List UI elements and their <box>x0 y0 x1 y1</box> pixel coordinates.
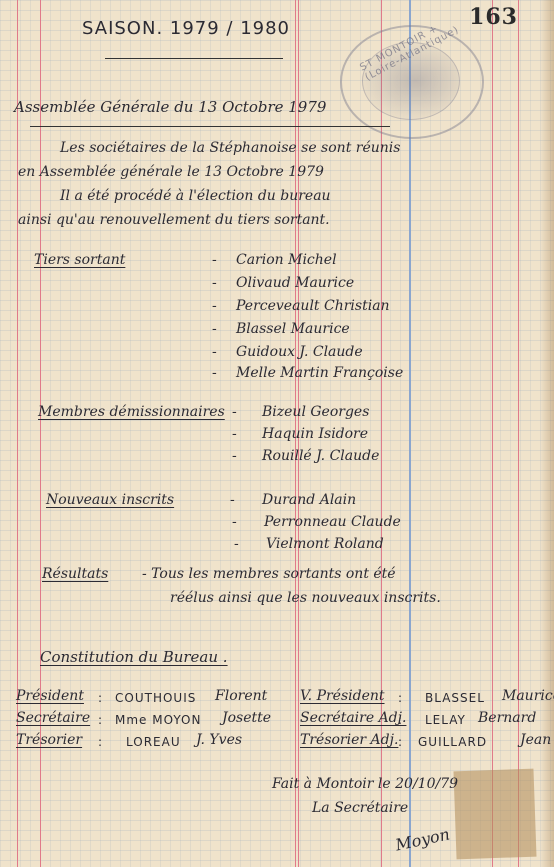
section-label-nouveaux-inscrits: Nouveaux inscrits <box>46 492 174 508</box>
bureau-title: Constitution du Bureau . <box>40 648 228 666</box>
club-stamp: ST MONTOIR + (Loire-Atlantique) <box>340 25 484 139</box>
list-item: Durand Alain <box>262 492 356 508</box>
column-line <box>518 0 519 867</box>
list-dash: - <box>232 426 237 442</box>
colon: : <box>398 691 403 705</box>
list-item: Bizeul Georges <box>262 404 369 420</box>
intro-line: ainsi qu'au renouvellement du tiers sort… <box>18 212 330 228</box>
intro-line: en Assemblée générale le 13 Octobre 1979 <box>18 164 324 180</box>
season-underline <box>105 58 283 59</box>
signatory-title: La Secrétaire <box>312 800 408 816</box>
ledger-page: 163 SAISON. 1979 / 1980 ST MONTOIR + (Lo… <box>0 0 554 867</box>
list-dash: - <box>232 404 237 420</box>
list-dash: - <box>234 536 239 552</box>
member-surname: GUILLARD <box>418 735 487 749</box>
list-dash: - <box>212 275 217 291</box>
colon: : <box>398 713 403 727</box>
list-dash: - <box>232 448 237 464</box>
results-line: réélus ainsi que les nouveaux inscrits. <box>170 590 441 606</box>
section-label-demissionnaires: Membres démissionnaires <box>38 404 225 420</box>
list-item: Guidoux J. Claude <box>236 344 363 360</box>
role-label: V. Président <box>300 688 385 704</box>
list-item: Rouillé J. Claude <box>262 448 379 464</box>
list-dash: - <box>232 514 237 530</box>
list-dash: - <box>230 492 235 508</box>
role-label: Président <box>16 688 84 704</box>
member-firstname: Bernard <box>478 710 536 726</box>
list-item: Haquin Isidore <box>262 426 368 442</box>
results-line: - Tous les membres sortants ont été <box>142 566 396 582</box>
list-item: Carion Michel <box>236 252 337 268</box>
list-dash: - <box>212 252 217 268</box>
heading-underline <box>30 126 390 127</box>
list-item: Olivaud Maurice <box>236 275 354 291</box>
tape-patch <box>453 769 536 860</box>
member-surname: LOREAU <box>126 735 181 749</box>
colon: : <box>98 713 103 727</box>
member-firstname: J. Yves <box>196 732 242 748</box>
list-item: Blassel Maurice <box>236 321 350 337</box>
member-firstname: Josette <box>222 710 271 726</box>
signature: Moyon <box>394 824 452 854</box>
list-item: Melle Martin Françoise <box>236 365 403 381</box>
intro-line: Il a été procédé à l'élection du bureau <box>60 188 331 204</box>
section-label-resultats: Résultats <box>42 566 108 582</box>
list-dash: - <box>212 344 217 360</box>
list-dash: - <box>212 298 217 314</box>
role-label: Secrétaire <box>16 710 90 726</box>
season-title: SAISON. 1979 / 1980 <box>82 18 290 39</box>
member-surname: BLASSEL <box>425 691 485 705</box>
member-surname: COUTHOUIS <box>115 691 196 705</box>
colon: : <box>98 691 103 705</box>
list-dash: - <box>212 365 217 381</box>
colon: : <box>398 735 403 749</box>
list-dash: - <box>212 321 217 337</box>
place-date: Fait à Montoir le 20/10/79 <box>272 776 458 792</box>
role-label: Trésorier Adj. <box>300 732 398 748</box>
member-firstname: Maurice <box>502 688 554 704</box>
list-item: Vielmont Roland <box>266 536 384 552</box>
role-label: Secrétaire Adj. <box>300 710 406 726</box>
colon: : <box>98 735 103 749</box>
member-surname: LELAY <box>425 713 466 727</box>
member-firstname: Florent <box>215 688 267 704</box>
member-surname: Mme MOYON <box>115 713 201 727</box>
meeting-heading: Assemblée Générale du 13 Octobre 1979 <box>14 98 326 116</box>
member-firstname: Jean <box>520 732 551 748</box>
section-label-tiers-sortant: Tiers sortant <box>34 252 125 268</box>
intro-line: Les sociétaires de la Stéphanoise se son… <box>60 140 400 156</box>
list-item: Perceveault Christian <box>236 298 390 314</box>
role-label: Trésorier <box>16 732 82 748</box>
column-line <box>492 0 493 867</box>
list-item: Perronneau Claude <box>264 514 401 530</box>
